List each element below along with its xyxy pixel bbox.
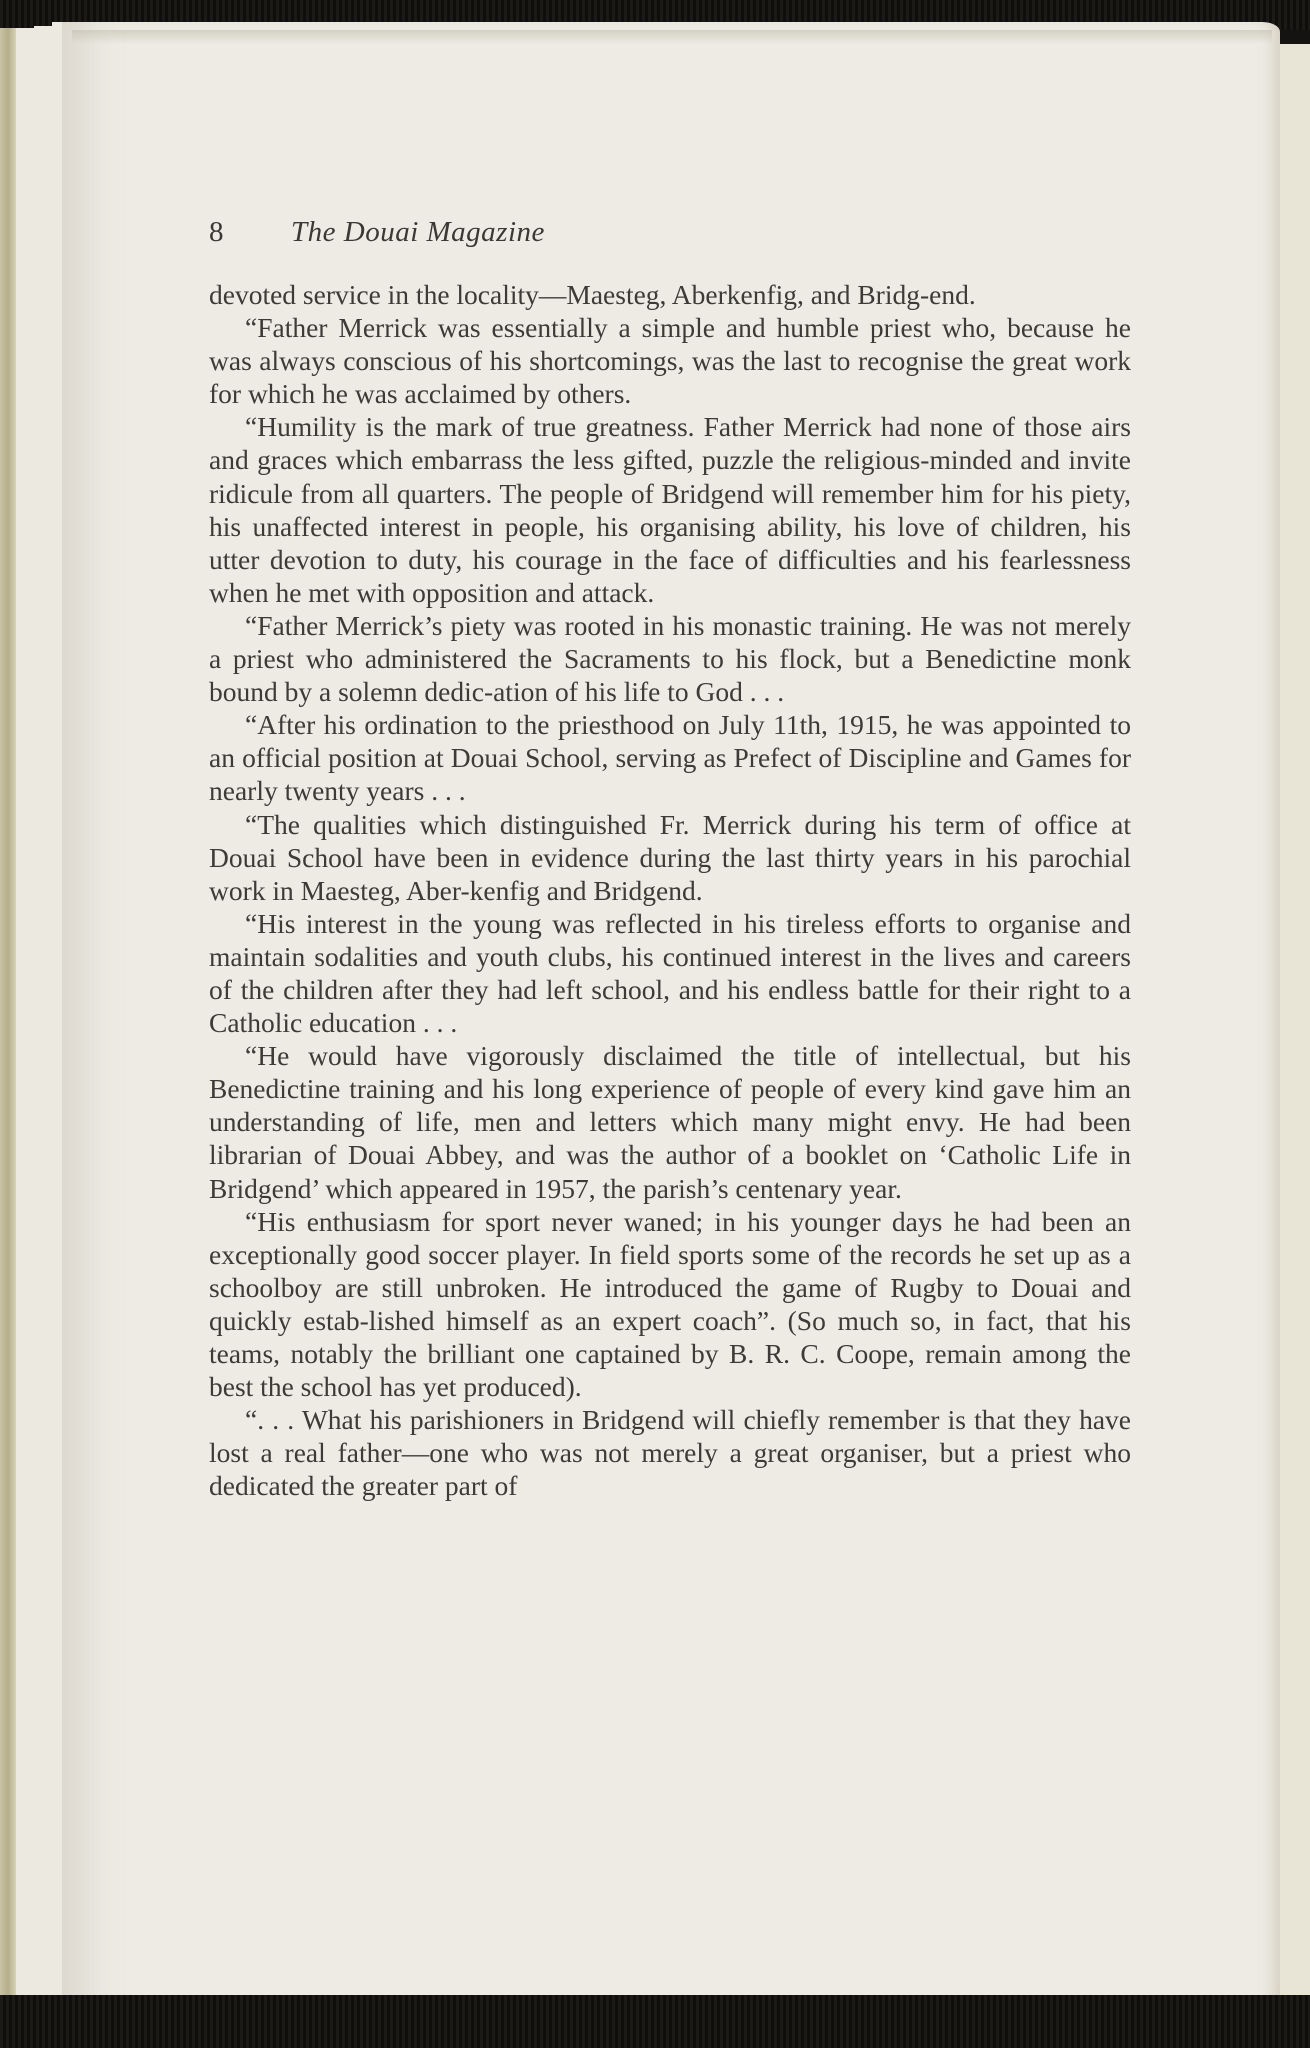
paragraph: “The qualities which distinguished Fr. M… (209, 808, 1131, 907)
page-top-shadow (72, 30, 1272, 44)
paragraph: “His enthusiasm for sport never waned; i… (209, 1205, 1131, 1404)
publication-title: The Douai Magazine (291, 216, 545, 248)
paragraph: “After his ordination to the priesthood … (209, 708, 1131, 807)
paragraph: “His interest in the young was reflected… (209, 907, 1131, 1039)
paragraph: devoted service in the locality—Maesteg,… (209, 278, 1131, 311)
paragraph: “Father Merrick was essentially a simple… (209, 311, 1131, 410)
running-head: 8The Douai Magazine (209, 216, 545, 249)
next-page-edge (1280, 44, 1310, 2000)
page-number: 8 (209, 216, 291, 249)
paragraph: “. . . What his parishioners in Bridgend… (209, 1403, 1131, 1502)
article-body: devoted service in the locality—Maesteg,… (209, 278, 1131, 1502)
paragraph: “He would have vigorously disclaimed the… (209, 1039, 1131, 1204)
book-cloth-bottom (0, 1995, 1310, 2048)
paragraph: “Humility is the mark of true greatness.… (209, 410, 1131, 609)
book-spine-edge (0, 28, 16, 1998)
paragraph: “Father Merrick’s piety was rooted in hi… (209, 609, 1131, 708)
